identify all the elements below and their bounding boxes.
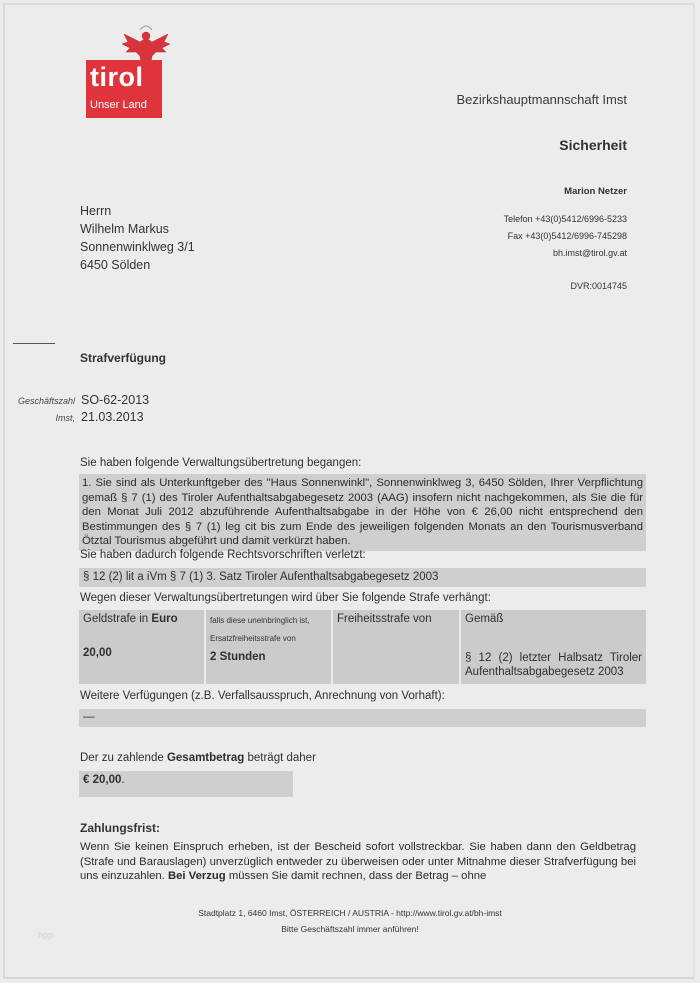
- fine-header: Geldstrafe in Euro: [83, 613, 200, 625]
- total-label: Der zu zahlende Gesamtbetrag beträgt dah…: [80, 752, 316, 764]
- violated-intro: Sie haben dadurch folgende Rechtsvorschr…: [80, 549, 366, 561]
- alt-custody-value: 2 Stunden: [210, 651, 327, 663]
- payment-deadline-title: Zahlungsfrist:: [80, 821, 160, 835]
- total-bold: Gesamtbetrag: [167, 752, 244, 764]
- dvr-number: DVR:0014745: [570, 281, 627, 291]
- footer-note: Bitte Geschäftszahl immer anführen!: [0, 924, 700, 934]
- total-suffix: beträgt daher: [244, 752, 316, 764]
- legal-basis-cell: Gemäß § 12 (2) letzter Halbsatz Tiroler …: [461, 610, 646, 684]
- payment-text-2: müssen Sie damit rechnen, dass der Betra…: [226, 870, 487, 882]
- further-orders-label: Weitere Verfügungen (z.B. Verfallsausspr…: [80, 690, 445, 702]
- logo-word: tirol: [90, 60, 144, 94]
- custody-cell: Freiheitsstrafe von: [333, 610, 459, 684]
- recipient-city: 6450 Sölden: [80, 256, 195, 274]
- recipient-street: Sonnenwinklweg 3/1: [80, 238, 195, 256]
- contact-person: Marion Netzer: [564, 186, 627, 197]
- fine-header-prefix: Geldstrafe in: [83, 613, 151, 625]
- offense-intro: Sie haben folgende Verwaltungsübertretun…: [80, 457, 361, 469]
- total-amount-box: € 20,00.: [79, 771, 293, 797]
- fine-header-currency: Euro: [151, 613, 177, 625]
- custody-header: Freiheitsstrafe von: [337, 613, 455, 625]
- fold-mark: [13, 343, 55, 344]
- case-number-label: Geschäftszahl: [18, 396, 75, 406]
- payment-text-bold: Bei Verzug: [168, 870, 226, 882]
- alt-note-line1: falls diese uneinbringlich ist,: [210, 616, 327, 625]
- document-title: Strafverfügung: [80, 351, 166, 365]
- fine-value: 20,00: [83, 647, 200, 659]
- footer-address: Stadtplatz 1, 6460 Imst, ÖSTERREICH / AU…: [0, 908, 700, 918]
- department-name: Sicherheit: [559, 137, 627, 153]
- alt-note-line2: Ersatzfreiheitsstrafe von: [210, 634, 327, 643]
- logo-tagline: Unser Land: [90, 98, 147, 112]
- total-amount-suffix: .: [121, 774, 124, 786]
- recipient-name: Wilhelm Markus: [80, 220, 195, 238]
- recipient-salutation: Herrn: [80, 202, 195, 220]
- total-prefix: Der zu zahlende: [80, 752, 167, 764]
- violated-law: § 12 (2) lit a iVm § 7 (1) 3. Satz Tirol…: [79, 568, 646, 587]
- organization-name: Bezirkshauptmannschaft Imst: [456, 92, 627, 107]
- payment-deadline-text: Wenn Sie keinen Einspruch erheben, ist d…: [80, 840, 636, 884]
- legal-basis-value: § 12 (2) letzter Halbsatz Tiroler Aufent…: [465, 651, 642, 679]
- place-label: Imst,: [56, 413, 76, 423]
- case-number: SO-62-2013: [81, 393, 149, 407]
- tirol-logo: tirol Unser Land: [86, 20, 172, 120]
- offense-description: 1. Sie sind als Unterkunftgeber des "Hau…: [79, 474, 646, 551]
- contact-phone: Telefon +43(0)5412/6996-5233: [504, 214, 627, 224]
- penalty-intro: Wegen dieser Verwaltungsübertretungen wi…: [80, 592, 491, 604]
- fine-cell: Geldstrafe in Euro 20,00: [79, 610, 204, 684]
- contact-fax: Fax +43(0)5412/6996-745298: [508, 231, 627, 241]
- alternative-custody-cell: falls diese uneinbringlich ist, Ersatzfr…: [206, 610, 331, 684]
- total-amount: € 20,00: [83, 774, 121, 786]
- document-date: 21.03.2013: [81, 410, 144, 424]
- further-orders-value: —: [79, 709, 646, 727]
- legal-basis-header: Gemäß: [465, 613, 642, 625]
- contact-email[interactable]: bh.imst@tirol.gv.at: [553, 248, 627, 258]
- faint-mark: hpp: [38, 930, 53, 940]
- recipient-address: Herrn Wilhelm Markus Sonnenwinklweg 3/1 …: [80, 202, 195, 274]
